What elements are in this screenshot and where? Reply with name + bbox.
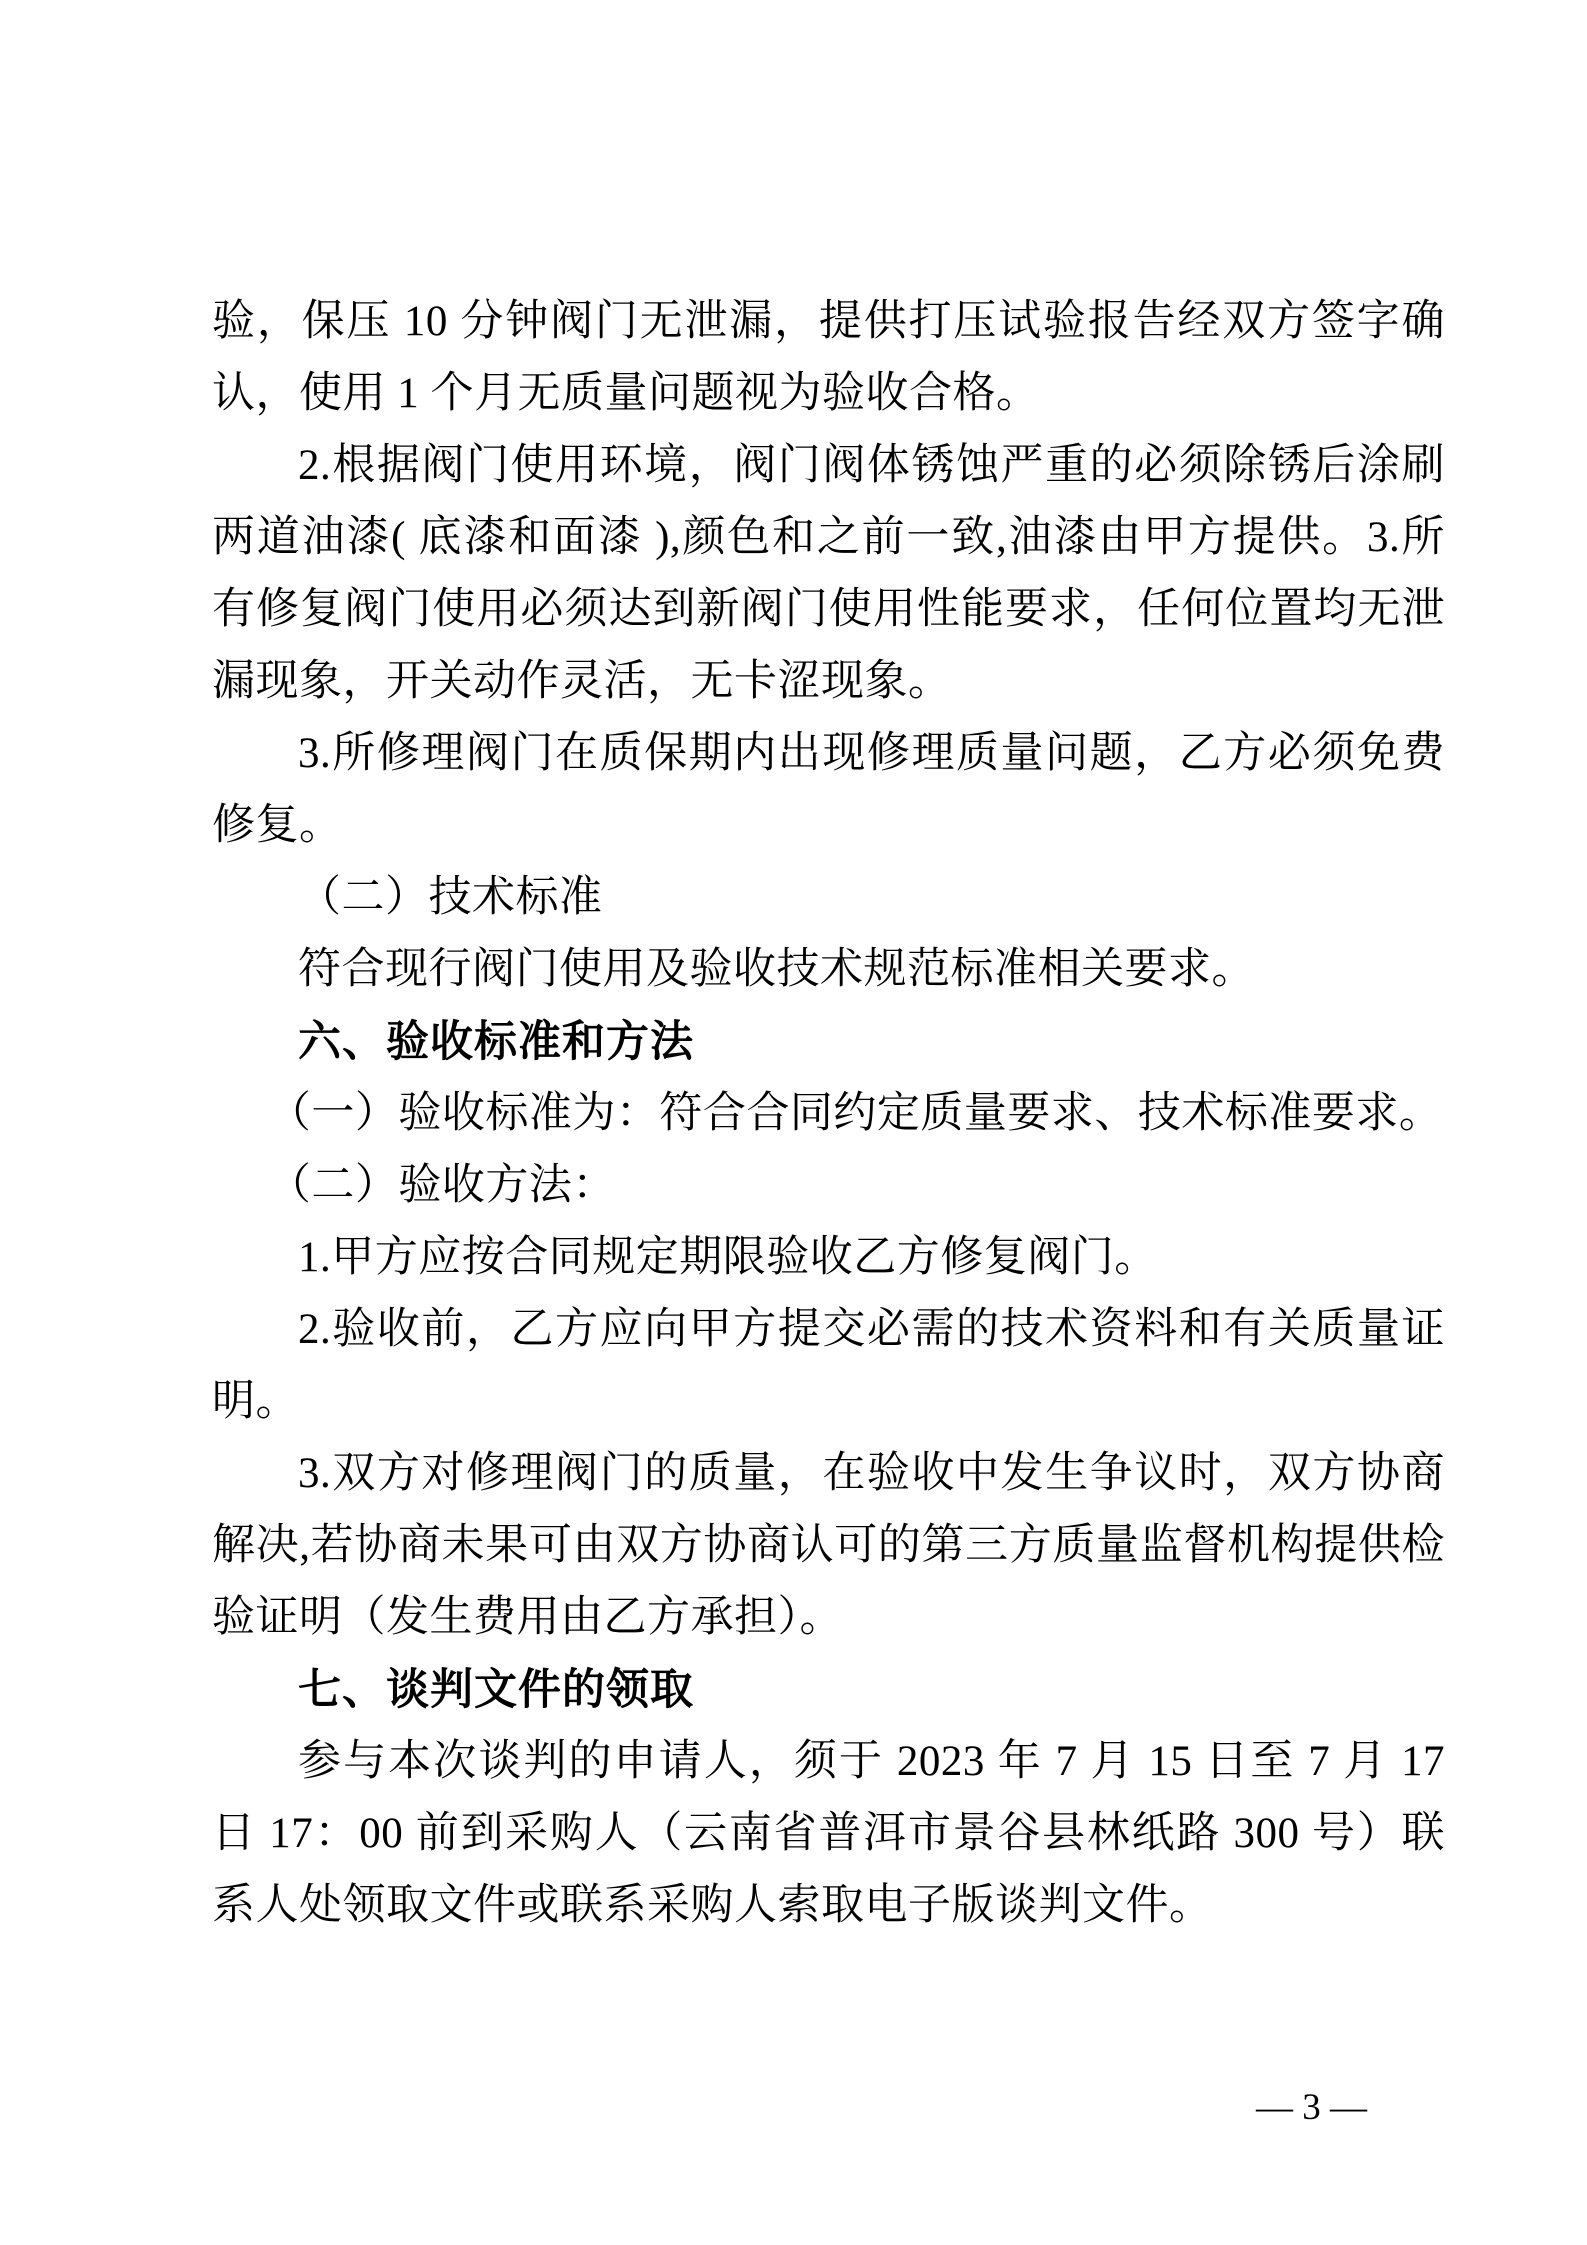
- body-paragraph: 3.所修理阀门在质保期内出现修理质量问题，乙方必须免费修复。: [212, 718, 1445, 862]
- body-paragraph: （二）技术标准: [212, 862, 1445, 934]
- body-paragraph: 验，保压 10 分钟阀门无泄漏，提供打压试验报告经双方签字确认，使用 1 个月无…: [212, 286, 1445, 430]
- body-paragraph: 3.双方对修理阀门的质量，在验收中发生争议时，双方协商解决,若协商未果可由双方协…: [212, 1438, 1445, 1654]
- document-page: 验，保压 10 分钟阀门无泄漏，提供打压试验报告经双方签字确认，使用 1 个月无…: [0, 0, 1587, 2245]
- body-paragraph: 2.验收前，乙方应向甲方提交必需的技术资料和有关质量证明。: [212, 1294, 1445, 1438]
- body-paragraph: 符合现行阀门使用及验收技术规范标准相关要求。: [212, 934, 1445, 1006]
- page-number: — 3 —: [1256, 2086, 1367, 2130]
- section-heading: 六、验收标准和方法: [212, 1006, 1445, 1078]
- body-paragraph: （二）验收方法：: [212, 1150, 1445, 1222]
- body-paragraph: 2.根据阀门使用环境，阀门阀体锈蚀严重的必须除锈后涂刷两道油漆( 底漆和面漆 )…: [212, 430, 1445, 718]
- body-paragraph: （一）验收标准为：符合合同约定质量要求、技术标准要求。: [212, 1078, 1445, 1150]
- body-paragraph: 1.甲方应按合同规定期限验收乙方修复阀门。: [212, 1222, 1445, 1294]
- document-body: 验，保压 10 分钟阀门无泄漏，提供打压试验报告经双方签字确认，使用 1 个月无…: [212, 286, 1445, 1942]
- section-heading: 七、谈判文件的领取: [212, 1654, 1445, 1726]
- body-paragraph: 参与本次谈判的申请人，须于 2023 年 7 月 15 日至 7 月 17 日 …: [212, 1726, 1445, 1942]
